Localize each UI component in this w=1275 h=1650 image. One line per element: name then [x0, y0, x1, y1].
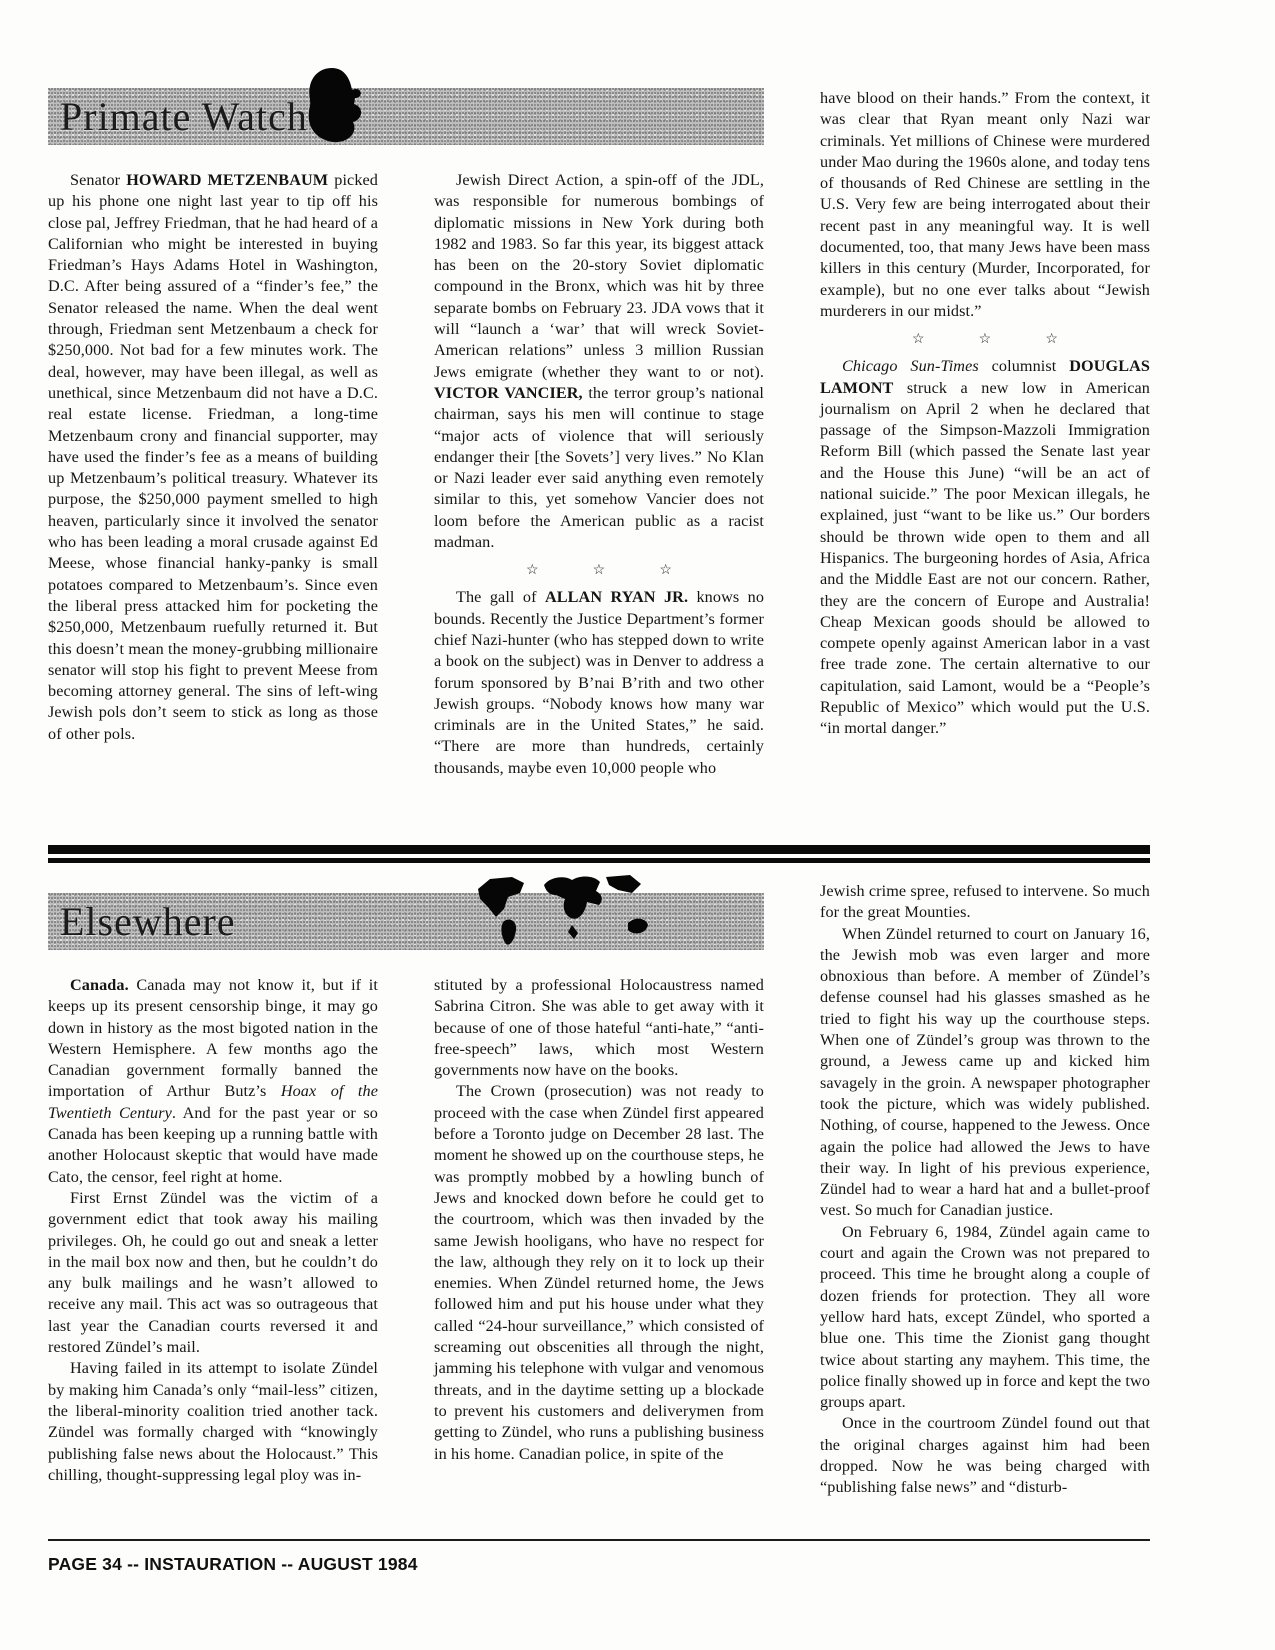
star-divider: ☆☆☆	[820, 331, 1150, 349]
paragraph: Jewish crime spree, refused to intervene…	[820, 881, 1150, 924]
italic-text: Chicago Sun-Times	[842, 357, 979, 375]
star-divider: ☆☆☆	[434, 562, 764, 580]
emphasized-name: HOWARD METZENBAUM	[126, 171, 328, 189]
star-icon: ☆	[659, 563, 672, 578]
two-column-area: Senator HOWARD METZENBAUM picked up his …	[48, 170, 764, 779]
text-column-1: Senator HOWARD METZENBAUM picked up his …	[48, 170, 378, 779]
two-column-area: Canada. Canada may not know it, but if i…	[48, 975, 764, 1486]
body-text: picked up his phone one night last year …	[48, 171, 378, 743]
emphasized-name: VICTOR VANCIER,	[434, 384, 583, 402]
text-column-2: Jewish Direct Action, a spin-off of the …	[434, 170, 764, 779]
paragraph: Senator HOWARD METZENBAUM picked up his …	[48, 170, 378, 745]
paragraph: The Crown (prosecution) was not ready to…	[434, 1081, 764, 1464]
text-column-2: stituted by a professional Holocaustress…	[434, 975, 764, 1486]
section-primate-watch: Primate Watch Senator HOWARD METZENBAUM …	[48, 88, 1150, 845]
body-text: When Zündel returned to court on January…	[820, 925, 1150, 1220]
emphasized-name: Canada.	[70, 976, 129, 994]
section-divider-rule	[48, 845, 1150, 863]
paragraph: When Zündel returned to court on January…	[820, 924, 1150, 1222]
body-text: knows no bounds. Recently the Justice De…	[434, 588, 764, 776]
body-text: The Crown (prosecution) was not ready to…	[434, 1082, 764, 1462]
body-text: stituted by a professional Holocaustress…	[434, 976, 764, 1079]
text-column-3: Jewish crime spree, refused to intervene…	[820, 863, 1150, 1539]
star-icon: ☆	[912, 332, 925, 347]
section-title-primate-watch: Primate Watch	[48, 93, 308, 140]
body-text: Having failed in its attempt to isolate …	[48, 1359, 378, 1483]
world-map-icon	[468, 867, 718, 959]
paragraph: Jewish Direct Action, a spin-off of the …	[434, 170, 764, 553]
page-content: Primate Watch Senator HOWARD METZENBAUM …	[48, 88, 1150, 1575]
star-icon: ☆	[593, 563, 606, 578]
paragraph: Once in the courtroom Zündel found out t…	[820, 1413, 1150, 1498]
paragraph: First Ernst Zündel was the victim of a g…	[48, 1188, 378, 1358]
paragraph: Having failed in its attempt to isolate …	[48, 1358, 378, 1486]
body-text: have blood on their hands.” From the con…	[820, 89, 1150, 320]
star-icon: ☆	[979, 332, 992, 347]
paragraph: have blood on their hands.” From the con…	[820, 88, 1150, 322]
star-icon: ☆	[526, 563, 539, 578]
paragraph: The gall of ALLAN RYAN JR. knows no boun…	[434, 587, 764, 779]
body-text: Senator	[70, 171, 126, 189]
footer-rule	[48, 1539, 1150, 1541]
emphasized-name: ALLAN RYAN JR.	[545, 588, 688, 606]
body-text: Once in the courtroom Zündel found out t…	[820, 1414, 1150, 1496]
body-text: struck a new low in American journalism …	[820, 379, 1150, 738]
body-text: First Ernst Zündel was the victim of a g…	[48, 1189, 378, 1356]
section-left-area: Elsewhere	[48, 863, 764, 1539]
primate-watch-banner: Primate Watch	[48, 88, 764, 145]
text-column-1: Canada. Canada may not know it, but if i…	[48, 975, 378, 1486]
body-text: The gall of	[456, 588, 545, 606]
paragraph: Chicago Sun-Times columnist DOUGLAS LAMO…	[820, 356, 1150, 739]
body-text: Jewish Direct Action, a spin-off of the …	[434, 171, 764, 381]
paragraph: stituted by a professional Holocaustress…	[434, 975, 764, 1081]
section-elsewhere: Elsewhere	[48, 863, 1150, 1539]
section-left-area: Primate Watch Senator HOWARD METZENBAUM …	[48, 88, 764, 845]
body-text: columnist	[979, 357, 1069, 375]
page-footer-text: PAGE 34 -- INSTAURATION -- AUGUST 1984	[48, 1554, 1150, 1575]
elsewhere-banner: Elsewhere	[48, 893, 764, 950]
star-icon: ☆	[1045, 332, 1058, 347]
divider-bar-thick	[48, 845, 1150, 854]
paragraph: Canada. Canada may not know it, but if i…	[48, 975, 378, 1188]
body-text: Jewish crime spree, refused to intervene…	[820, 882, 1150, 921]
body-text: the terror group’s national chairman, sa…	[434, 384, 764, 551]
text-column-3: have blood on their hands.” From the con…	[820, 88, 1150, 845]
body-text: On February 6, 1984, Zündel again came t…	[820, 1223, 1150, 1411]
ape-silhouette-icon	[298, 64, 374, 146]
magazine-page: Primate Watch Senator HOWARD METZENBAUM …	[0, 0, 1275, 1650]
paragraph: On February 6, 1984, Zündel again came t…	[820, 1222, 1150, 1414]
section-title-elsewhere: Elsewhere	[48, 898, 236, 945]
